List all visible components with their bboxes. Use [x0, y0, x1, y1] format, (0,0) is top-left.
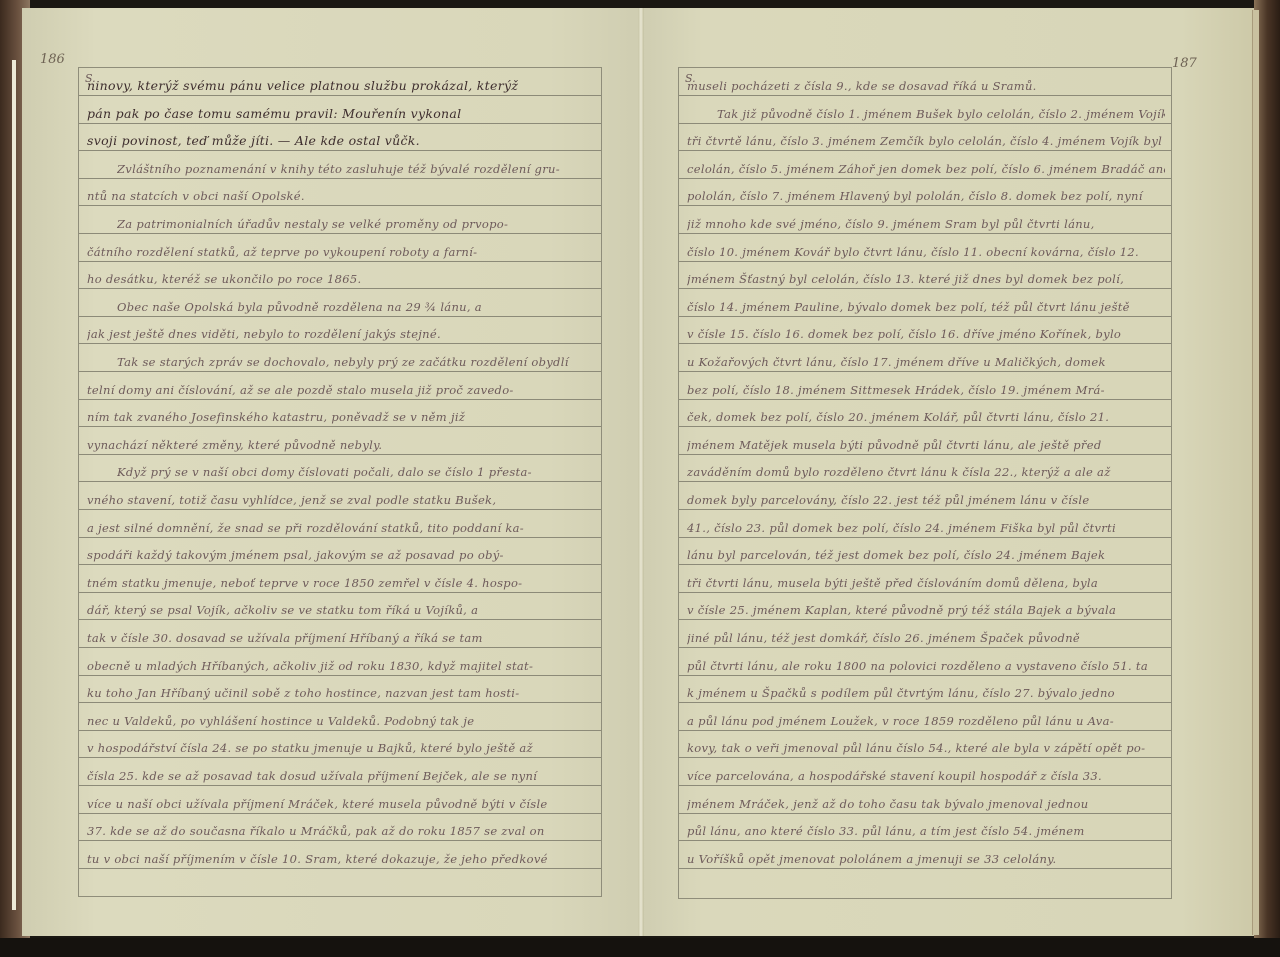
line-text: obecně u mladých Hříbaných, ačkoliv již …: [87, 659, 595, 673]
line-text: Zvláštního poznamenání v knihy této zasl…: [117, 162, 595, 176]
handwritten-line: museli pocházeti z čísla 9., kde se dosa…: [679, 68, 1171, 96]
line-text: v hospodářství čísla 24. se po statku jm…: [87, 741, 595, 755]
line-text: číslo 10. jménem Kovář bylo čtvrt lánu, …: [687, 245, 1165, 259]
handwritten-line: ntů na statcích v obci naší Opolské.: [79, 178, 601, 206]
line-text: čátního rozdělení statků, až teprve po v…: [87, 245, 595, 259]
line-text: v čísle 15. číslo 16. domek bez polí, čí…: [687, 327, 1165, 341]
left-page-number: 186: [40, 52, 65, 67]
handwritten-line: lánu byl parcelován, též jest domek bez …: [679, 537, 1171, 565]
line-text: ninovy, kterýž svému pánu velice platnou…: [87, 78, 595, 93]
line-text: bez polí, číslo 18. jménem Sittmesek Hrá…: [687, 383, 1165, 397]
right-page-edge: [1252, 10, 1259, 935]
handwritten-line: tném statku jmenuje, neboť teprve v roce…: [79, 565, 601, 593]
line-text: půl lánu, ano které číslo 33. půl lánu, …: [687, 824, 1165, 838]
line-text: tři čtvrtě lánu, číslo 3. jménem Zemčík …: [687, 134, 1165, 148]
handwritten-line: domek byly parcelovány, číslo 22. jest t…: [679, 482, 1171, 510]
line-text: jiné půl lánu, též jest domkář, číslo 26…: [687, 631, 1165, 645]
handwritten-line: dář, který se psal Vojík, ačkoliv se ve …: [79, 592, 601, 620]
handwritten-line: více parcelována, a hospodářské stavení …: [679, 758, 1171, 786]
line-text: Za patrimonialních úřadův nestaly se vel…: [117, 217, 595, 231]
handwritten-line: půl lánu, ano které číslo 33. půl lánu, …: [679, 813, 1171, 841]
line-text: spodáři každý takovým jménem psal, jakov…: [87, 548, 595, 562]
handwritten-line: v čísle 15. číslo 16. domek bez polí, čí…: [679, 316, 1171, 344]
right-page-ruled-frame: S. museli pocházeti z čísla 9., kde se d…: [678, 67, 1172, 899]
handwritten-line: tak v čísle 30. dosavad se užívala příjm…: [79, 620, 601, 648]
handwritten-line: u Kožařových čtvrt lánu, číslo 17. jméne…: [679, 344, 1171, 372]
handwritten-line: obecně u mladých Hříbaných, ačkoliv již …: [79, 648, 601, 676]
line-text: dář, který se psal Vojík, ačkoliv se ve …: [87, 603, 595, 617]
book-gutter: [638, 8, 644, 936]
handwritten-line: již mnoho kde své jméno, číslo 9. jménem…: [679, 206, 1171, 234]
line-text: ček, domek bez polí, číslo 20. jménem Ko…: [687, 410, 1165, 424]
handwritten-line: a půl lánu pod jménem Loužek, v roce 185…: [679, 703, 1171, 731]
line-text: zaváděním domů bylo rozděleno čtvrt lánu…: [687, 465, 1165, 479]
handwritten-line: Zvláštního poznamenání v knihy této zasl…: [79, 151, 601, 179]
handwritten-line: čátního rozdělení statků, až teprve po v…: [79, 234, 601, 262]
line-text: ntů na statcích v obci naší Opolské.: [87, 189, 595, 203]
handwritten-line: a jest silné domnění, že snad se při roz…: [79, 510, 601, 538]
line-text: jménem Matějek musela býti původně půl č…: [687, 438, 1165, 452]
handwritten-line: jak jest ještě dnes viděti, nebylo to ro…: [79, 316, 601, 344]
line-text: pán pak po čase tomu samému pravil: Mouř…: [87, 106, 595, 121]
line-text: ním tak zvaného Josefinského katastru, p…: [87, 410, 595, 424]
handwritten-line: ninovy, kterýž svému pánu velice platnou…: [79, 68, 601, 96]
line-text: k jménem u Špačků s podílem půl čtvrtým …: [687, 686, 1165, 700]
handwritten-line: jménem Šťastný byl celolán, číslo 13. kt…: [679, 261, 1171, 289]
handwritten-line: číslo 10. jménem Kovář bylo čtvrt lánu, …: [679, 234, 1171, 262]
handwritten-line: 41., číslo 23. půl domek bez polí, číslo…: [679, 510, 1171, 538]
line-text: více u naší obci užívala příjmení Mráček…: [87, 797, 595, 811]
handwritten-line: celolán, číslo 5. jménem Záhoř jen domek…: [679, 151, 1171, 179]
scan-background-bottom: [0, 938, 1280, 957]
handwritten-line: telní domy ani číslování, až se ale pozd…: [79, 372, 601, 400]
line-text: a půl lánu pod jménem Loužek, v roce 185…: [687, 714, 1165, 728]
line-text: jak jest ještě dnes viděti, nebylo to ro…: [87, 327, 595, 341]
handwritten-line: Když prý se v naší obci domy číslovati p…: [79, 454, 601, 482]
line-text: tu v obci naší příjmením v čísle 10. Sra…: [87, 852, 595, 866]
line-text: tři čtvrti lánu, musela býti ještě před …: [687, 576, 1165, 590]
handwritten-line: ček, domek bez polí, číslo 20. jménem Ko…: [679, 399, 1171, 427]
handwritten-line: zaváděním domů bylo rozděleno čtvrt lánu…: [679, 454, 1171, 482]
handwritten-line: Za patrimonialních úřadův nestaly se vel…: [79, 206, 601, 234]
line-text: pololán, číslo 7. jménem Hlavený byl pol…: [687, 189, 1165, 203]
handwritten-line: tu v obci naší příjmením v čísle 10. Sra…: [79, 841, 601, 869]
handwritten-line: číslo 14. jménem Pauline, bývalo domek b…: [679, 289, 1171, 317]
handwritten-line: svoji povinost, teď může jíti. — Ale kde…: [79, 123, 601, 151]
line-text: ku toho Jan Hříbaný učinil sobě z toho h…: [87, 686, 595, 700]
line-text: již mnoho kde své jméno, číslo 9. jménem…: [687, 217, 1165, 231]
right-page-number: 187: [1172, 56, 1197, 71]
line-text: tak v čísle 30. dosavad se užívala příjm…: [87, 631, 595, 645]
handwritten-line: u Voříšků opět jmenovat pololánem a jmen…: [679, 841, 1171, 869]
line-text: vynachází některé změny, které původně n…: [87, 438, 595, 452]
line-text: ho desátku, kteréž se ukončilo po roce 1…: [87, 272, 595, 286]
handwritten-line: vného stavení, totiž času vyhlídce, jenž…: [79, 482, 601, 510]
line-text: Tak se starých zpráv se dochovalo, nebyl…: [117, 355, 595, 369]
handwritten-line: nec u Valdeků, po vyhlášení hostince u V…: [79, 703, 601, 731]
handwritten-line: jménem Matějek musela býti původně půl č…: [679, 427, 1171, 455]
handwritten-line: čísla 25. kde se až posavad tak dosud už…: [79, 758, 601, 786]
handwritten-line: více u naší obci užívala příjmení Mráček…: [79, 786, 601, 814]
line-text: více parcelována, a hospodářské stavení …: [687, 769, 1165, 783]
line-text: a jest silné domnění, že snad se při roz…: [87, 521, 595, 535]
line-text: v čísle 25. jménem Kaplan, které původně…: [687, 603, 1165, 617]
line-text: kovy, tak o veři jmenoval půl lánu číslo…: [687, 741, 1165, 755]
handwritten-line: Tak již původně číslo 1. jménem Bušek by…: [679, 96, 1171, 124]
line-text: tném statku jmenuje, neboť teprve v roce…: [87, 576, 595, 590]
handwritten-line: v hospodářství čísla 24. se po statku jm…: [79, 730, 601, 758]
line-text: jménem Mráček, jenž až do toho času tak …: [687, 797, 1165, 811]
line-text: vného stavení, totiž času vyhlídce, jenž…: [87, 493, 595, 507]
handwritten-line: k jménem u Špačků s podílem půl čtvrtým …: [679, 675, 1171, 703]
handwritten-line: půl čtvrti lánu, ale roku 1800 na polovi…: [679, 648, 1171, 676]
line-text: půl čtvrti lánu, ale roku 1800 na polovi…: [687, 659, 1165, 673]
handwritten-line: v čísle 25. jménem Kaplan, které původně…: [679, 592, 1171, 620]
line-text: museli pocházeti z čísla 9., kde se dosa…: [687, 79, 1165, 93]
line-text: u Kožařových čtvrt lánu, číslo 17. jméne…: [687, 355, 1165, 369]
line-text: číslo 14. jménem Pauline, bývalo domek b…: [687, 300, 1165, 314]
handwritten-line: tři čtvrti lánu, musela býti ještě před …: [679, 565, 1171, 593]
handwritten-line: bez polí, číslo 18. jménem Sittmesek Hrá…: [679, 372, 1171, 400]
line-text: Tak již původně číslo 1. jménem Bušek by…: [717, 107, 1165, 121]
handwritten-line: ku toho Jan Hříbaný učinil sobě z toho h…: [79, 675, 601, 703]
line-text: u Voříšků opět jmenovat pololánem a jmen…: [687, 852, 1165, 866]
line-text: jménem Šťastný byl celolán, číslo 13. kt…: [687, 272, 1165, 286]
line-text: 37. kde se až do současna říkalo u Mráčk…: [87, 824, 595, 838]
handwritten-line: jiné půl lánu, též jest domkář, číslo 26…: [679, 620, 1171, 648]
handwritten-line: jménem Mráček, jenž až do toho času tak …: [679, 786, 1171, 814]
line-text: Když prý se v naší obci domy číslovati p…: [117, 465, 595, 479]
handwritten-line: Obec naše Opolská byla původně rozdělena…: [79, 289, 601, 317]
handwritten-line: kovy, tak o veři jmenoval půl lánu číslo…: [679, 730, 1171, 758]
line-text: domek byly parcelovány, číslo 22. jest t…: [687, 493, 1165, 507]
line-text: nec u Valdeků, po vyhlášení hostince u V…: [87, 714, 595, 728]
line-text: celolán, číslo 5. jménem Záhoř jen domek…: [687, 162, 1165, 176]
line-text: lánu byl parcelován, též jest domek bez …: [687, 548, 1165, 562]
left-page-ruled-frame: S. ninovy, kterýž svému pánu velice plat…: [78, 67, 602, 897]
handwritten-line: tři čtvrtě lánu, číslo 3. jménem Zemčík …: [679, 123, 1171, 151]
line-text: 41., číslo 23. půl domek bez polí, číslo…: [687, 521, 1165, 535]
handwritten-line: pán pak po čase tomu samému pravil: Mouř…: [79, 96, 601, 124]
line-text: svoji povinost, teď může jíti. — Ale kde…: [87, 133, 595, 148]
handwritten-line: ním tak zvaného Josefinského katastru, p…: [79, 399, 601, 427]
handwritten-line: ho desátku, kteréž se ukončilo po roce 1…: [79, 261, 601, 289]
handwritten-line: pololán, číslo 7. jménem Hlavený byl pol…: [679, 178, 1171, 206]
line-text: telní domy ani číslování, až se ale pozd…: [87, 383, 595, 397]
left-page-edge-strip: [12, 60, 16, 910]
handwritten-line: spodáři každý takovým jménem psal, jakov…: [79, 537, 601, 565]
line-text: čísla 25. kde se až posavad tak dosud už…: [87, 769, 595, 783]
open-ledger-book: 186 187 S. ninovy, kterýž svému pánu vel…: [0, 0, 1280, 950]
handwritten-line: 37. kde se až do současna říkalo u Mráčk…: [79, 813, 601, 841]
line-text: Obec naše Opolská byla původně rozdělena…: [117, 300, 595, 314]
handwritten-line: vynachází některé změny, které původně n…: [79, 427, 601, 455]
handwritten-line: Tak se starých zpráv se dochovalo, nebyl…: [79, 344, 601, 372]
